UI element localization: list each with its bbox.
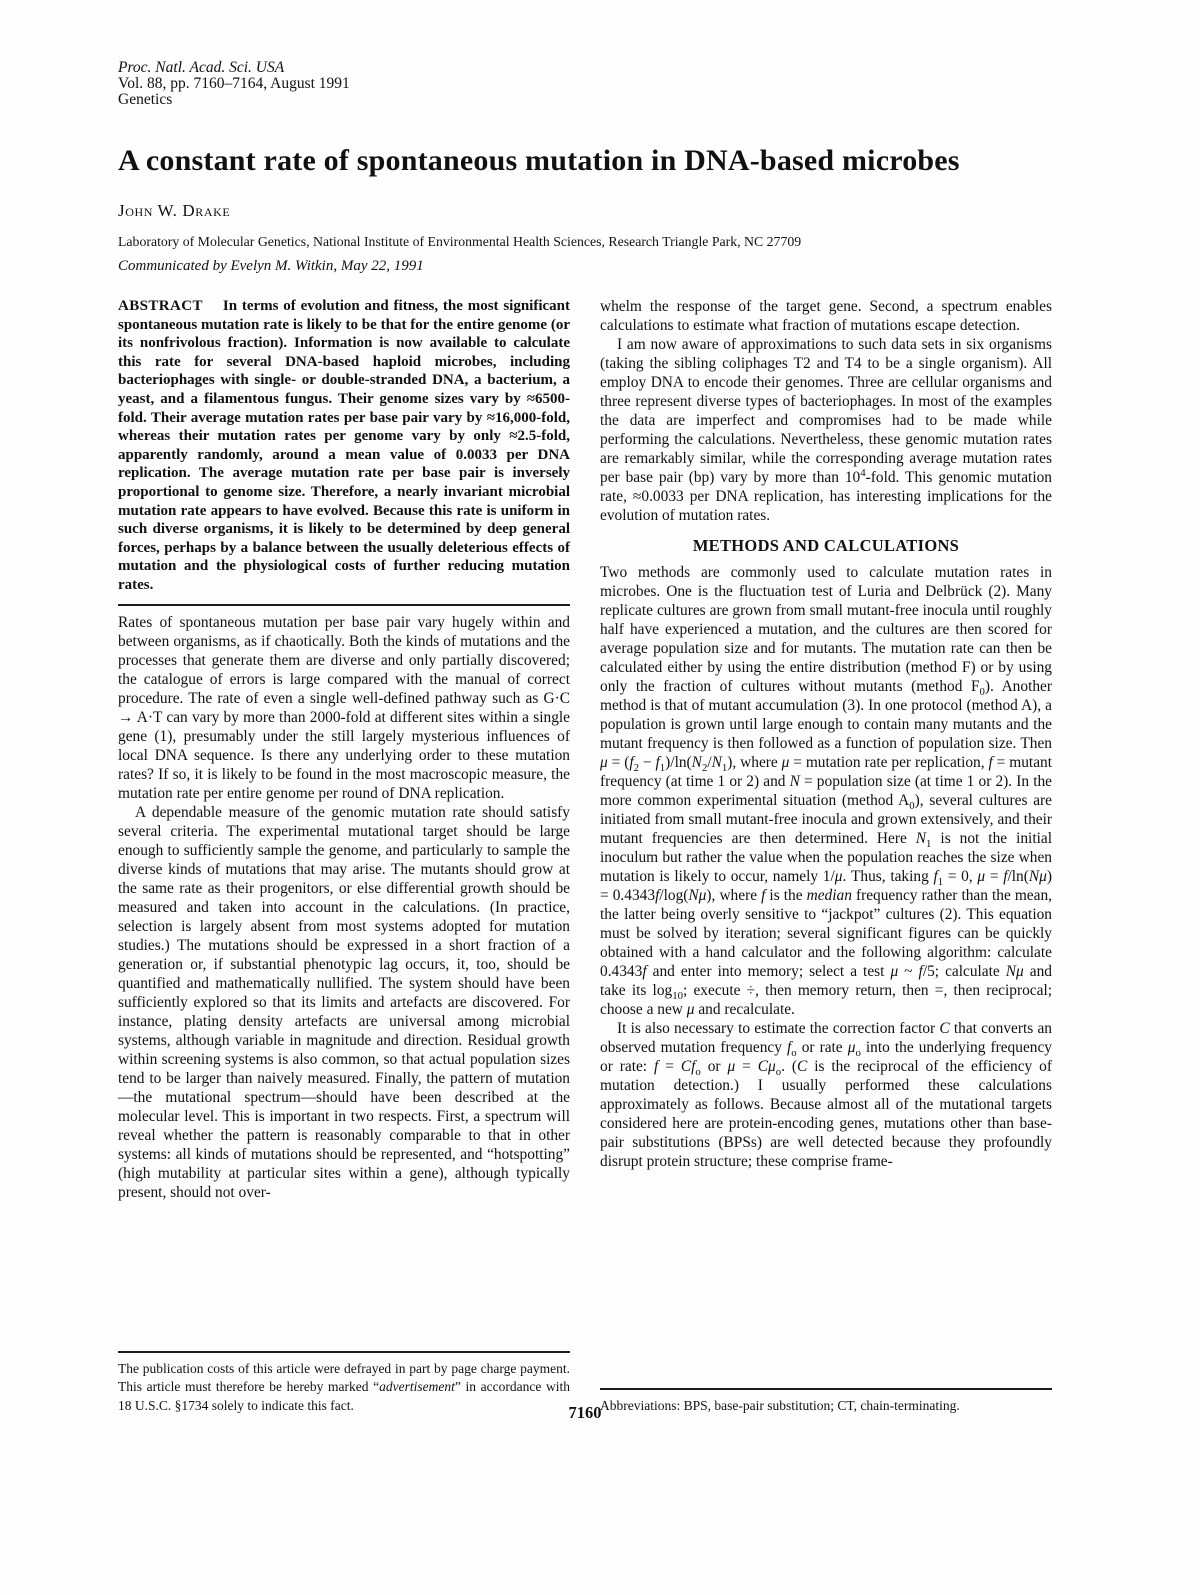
article-body: ABSTRACTIn terms of evolution and fitnes…	[118, 297, 1052, 1415]
journal-section: Genetics	[118, 92, 350, 108]
footnote-divider	[600, 1388, 1052, 1390]
journal-meta: Proc. Natl. Acad. Sci. USA Vol. 88, pp. …	[118, 60, 350, 108]
correction-factor-paragraph: It is also necessary to estimate the cor…	[600, 1019, 1052, 1171]
article-affiliation: Laboratory of Molecular Genetics, Nation…	[118, 234, 1058, 250]
footnote-divider	[118, 1351, 570, 1353]
communicated-line: Communicated by Evelyn M. Witkin, May 22…	[118, 258, 424, 275]
journal-volume-line: Vol. 88, pp. 7160–7164, August 1991	[118, 76, 350, 92]
abstract-divider	[118, 604, 570, 606]
six-organisms-paragraph: I am now aware of approximations to such…	[600, 335, 1052, 525]
right-column: whelm the response of the target gene. S…	[600, 297, 1052, 1415]
article-title: A constant rate of spontaneous mutation …	[118, 144, 1058, 178]
journal-name: Proc. Natl. Acad. Sci. USA	[118, 60, 350, 76]
methods-heading: METHODS AND CALCULATIONS	[600, 536, 1052, 556]
abstract: ABSTRACTIn terms of evolution and fitnes…	[118, 297, 570, 595]
page-number: 7160	[118, 1403, 1052, 1423]
abstract-text: In terms of evolution and fitness, the m…	[118, 298, 570, 593]
spectrum-paragraph: whelm the response of the target gene. S…	[600, 297, 1052, 335]
left-column: ABSTRACTIn terms of evolution and fitnes…	[118, 297, 570, 1415]
journal-page: Proc. Natl. Acad. Sci. USA Vol. 88, pp. …	[0, 0, 1200, 1595]
methods-paragraph: Two methods are commonly used to calcula…	[600, 563, 1052, 1019]
criteria-paragraph: A dependable measure of the genomic muta…	[118, 803, 570, 1202]
intro-paragraph: Rates of spontaneous mutation per base p…	[118, 613, 570, 803]
article-author: John W. Drake	[118, 201, 230, 221]
abstract-label: ABSTRACT	[118, 298, 223, 314]
